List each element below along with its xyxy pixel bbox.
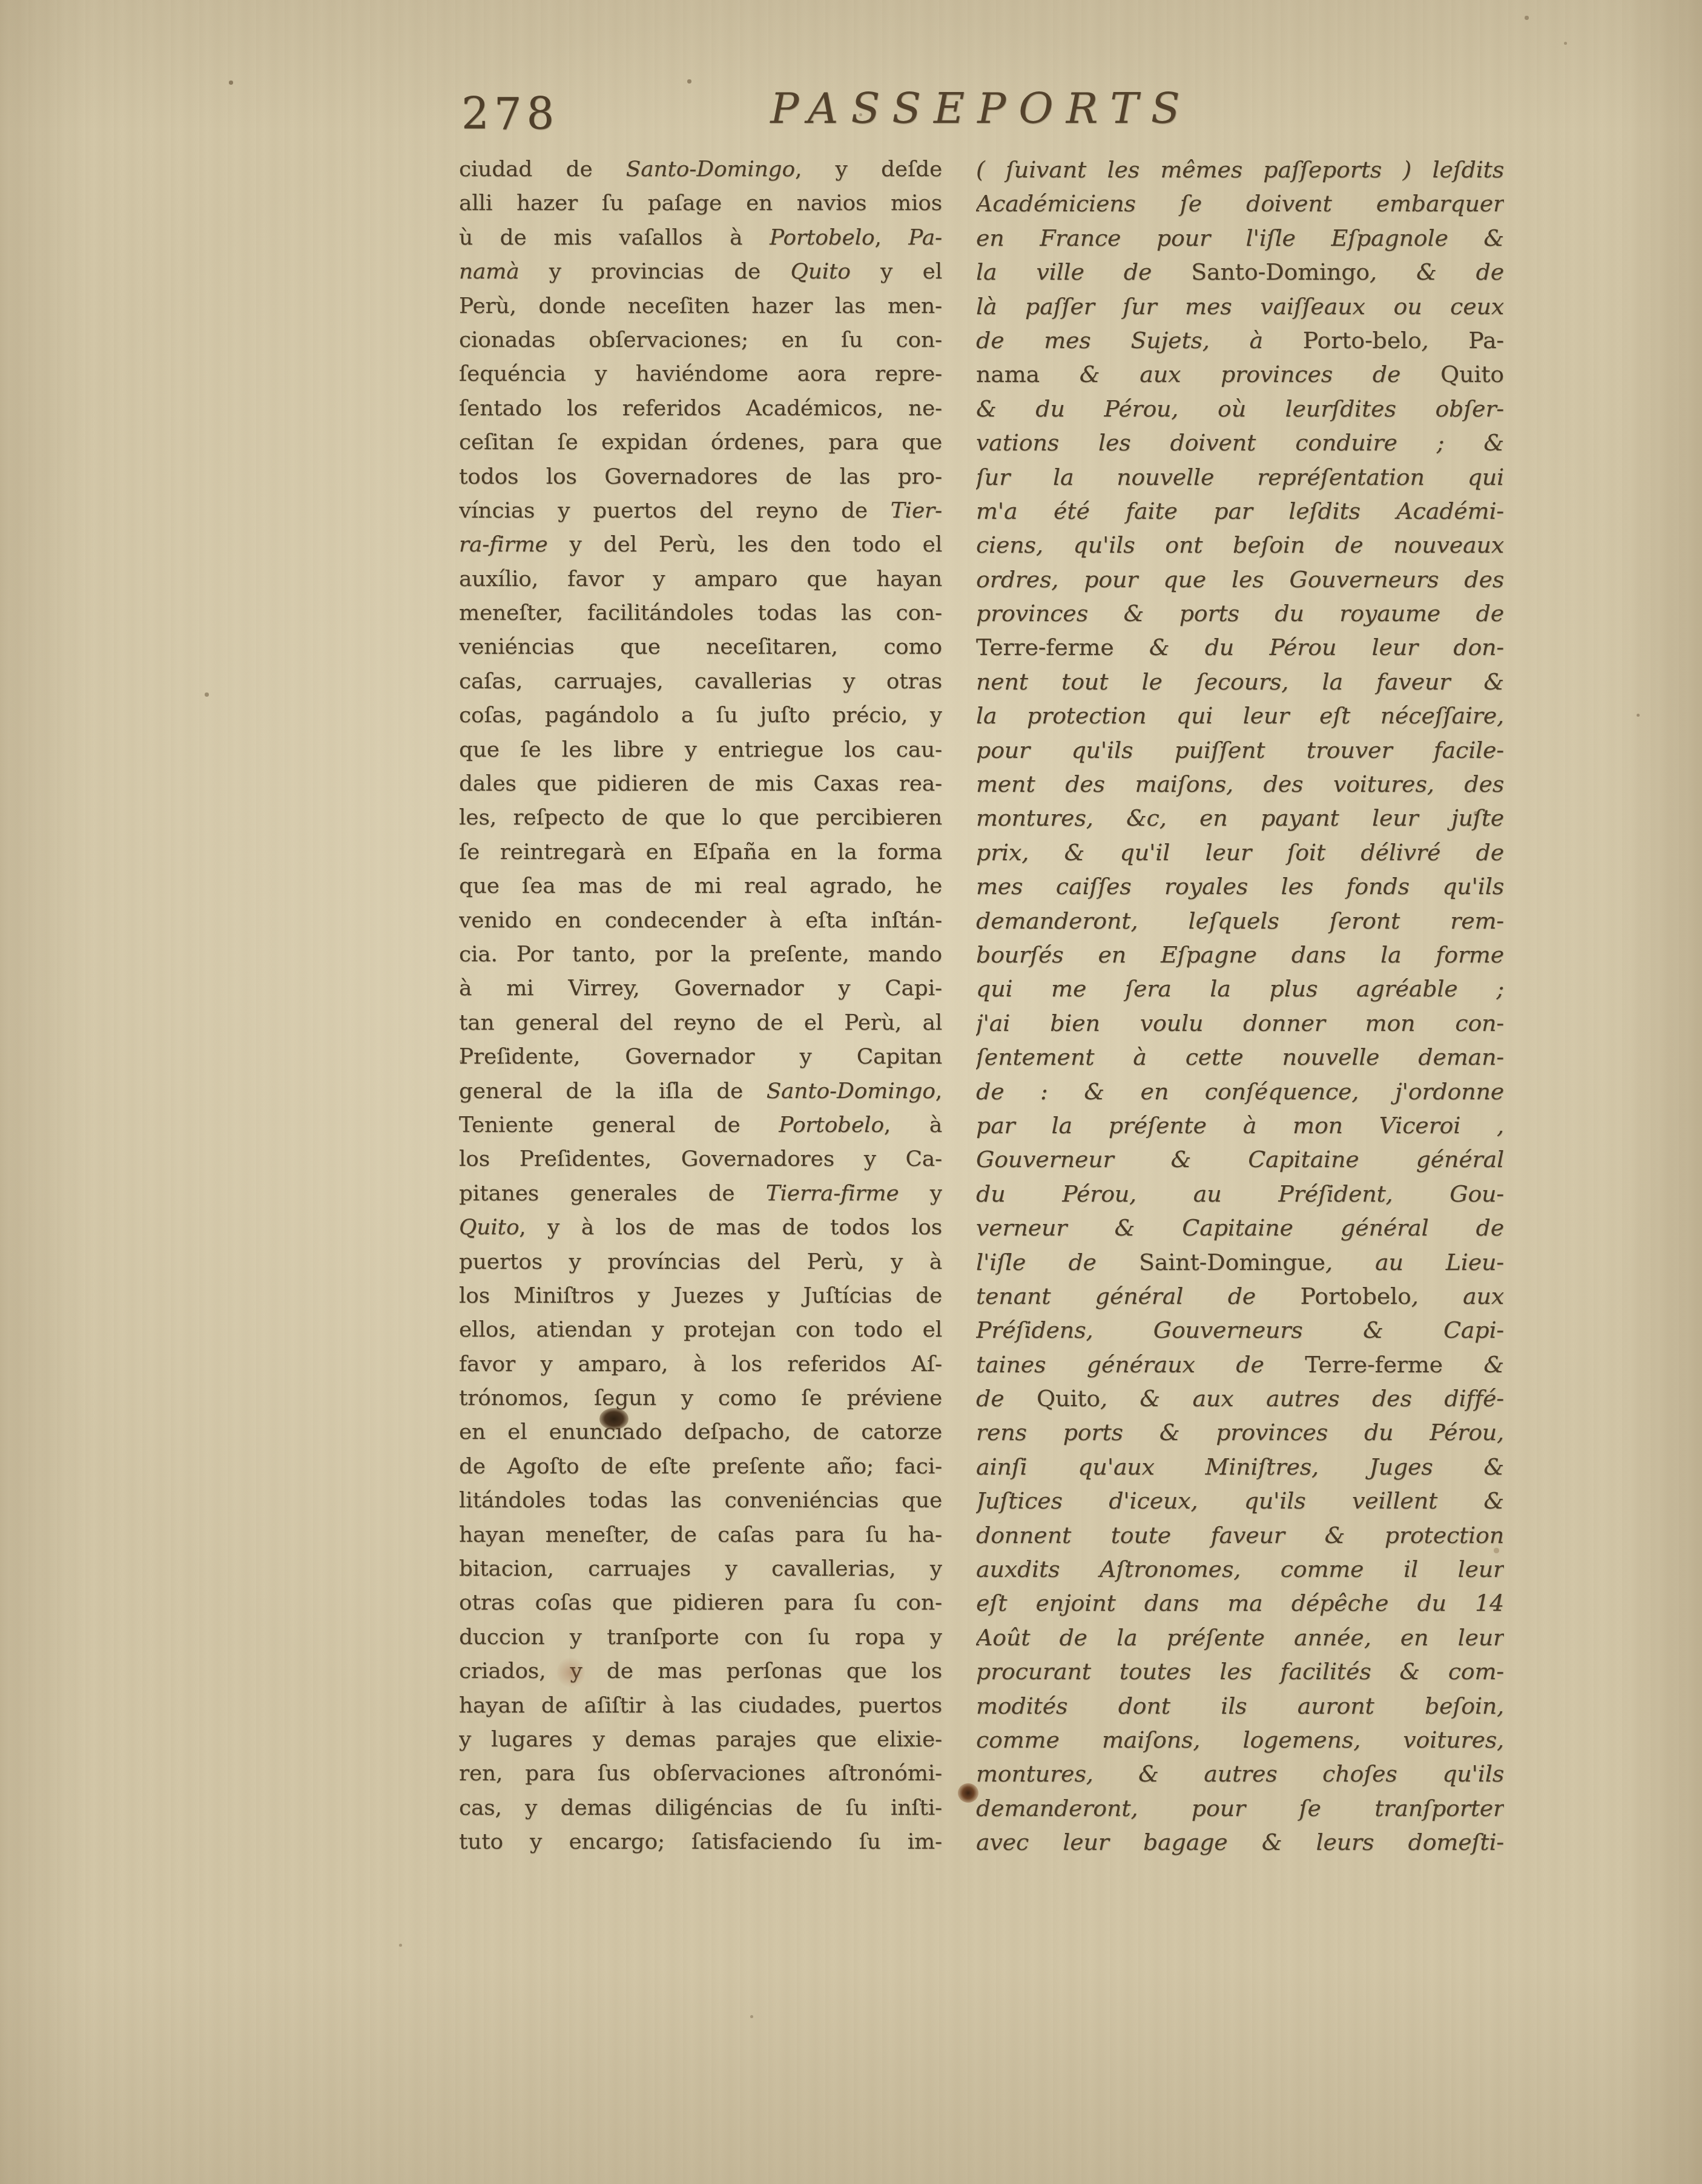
text-line: montures, & autres choſes qu'ils [976,1757,1504,1791]
text-line: de mes Sujets, à Porto-belo, Pa- [976,323,1504,357]
text-line: procurant toutes les facilités & com- [976,1654,1504,1688]
text-line: demanderont, leſquels ſeront rem- [976,904,1504,938]
page-header: 278 PASSEPORTS [459,77,1504,150]
text-line: la ville de Santo-Domingo, & de [976,255,1504,289]
text-line: los Preſidentes, Governadores y Ca- [459,1142,942,1176]
text-line: tuto y encargo; ſatisfaciendo ſu im- [459,1825,942,1859]
text-line: veniéncias que neceſitaren, como [459,630,942,664]
text-line: Juſtices d'iceux, qu'ils veillent & [976,1484,1504,1518]
text-line: criados, y de mas perſonas que los [459,1654,942,1688]
text-line: Perù, donde neceſiten hazer las men- [459,289,942,323]
text-line: víncias y puertos del reyno de Tier- [459,494,942,528]
text-line: coſas, pagándolo a ſu juſto précio, y [459,699,942,732]
text-line: Académiciens ſe doivent embarquer [976,186,1504,220]
text-line: j'ai bien voulu donner mon con- [976,1006,1504,1040]
text-line: demanderont, pour ſe tranſporter [976,1791,1504,1825]
text-line: à mi Virrey, Governador y Capi- [459,972,942,1005]
text-line: Août de la préſente année, en leur [976,1620,1504,1654]
text-line: alli hazer ſu paſage en navios mios [459,186,942,220]
text-line: dales que pidieren de mis Caxas rea- [459,767,942,801]
text-line: tan general del reyno de el Perù, al [459,1006,942,1040]
text-line: m'a été faite par leſdits Académi- [976,494,1504,528]
text-line: ſe reintregarà en Eſpaña en la forma [459,835,942,869]
text-line: de Agoſto de eſte preſente año; faci- [459,1450,942,1484]
text-line: otras coſas que pidieren para ſu con- [459,1586,942,1620]
text-line: caſas, carruajes, cavallerias y otras [459,665,942,699]
text-line: bitacion, carruajes y cavallerias, y [459,1552,942,1586]
text-line: puertos y províncias del Perù, y à [459,1245,942,1279]
text-line: Terre-ferme & du Pérou leur don- [976,630,1504,664]
text-line: de : & en conſéquence, j'ordonne [976,1074,1504,1108]
text-line: mes caiſſes royales les fonds qu'ils [976,869,1504,903]
text-line: meneſter, facilitándoles todas las con- [459,596,942,630]
text-line: ceſitan ſe expidan órdenes, para que [459,426,942,459]
text-line: hayan de aſiſtir à las ciudades, puertos [459,1689,942,1723]
text-line: Préſidens, Gouverneurs & Capi- [976,1313,1504,1347]
text-line: avec leur bagage & leurs domeſti- [976,1825,1504,1859]
text-line: Gouverneur & Capitaine général [976,1142,1504,1176]
text-line: en France pour l'iſle Eſpagnole & [976,221,1504,255]
text-line: du Pérou, au Préſident, Gou- [976,1177,1504,1211]
text-line: les, reſpecto de que lo que percibieren [459,801,942,835]
text-line: provinces & ports du royaume de [976,596,1504,630]
book-page-scan: 278 PASSEPORTS ciudad de Santo-Domingo, … [0,0,1702,2184]
text-line: auxdits Aſtronomes, comme il leur [976,1552,1504,1586]
text-line: favor y amparo, à los referidos Aſ- [459,1347,942,1381]
text-line: ù de mis vaſallos à Portobelo, Pa- [459,221,942,255]
text-line: prix, & qu'il leur ſoit délivré de [976,835,1504,869]
text-line: modités dont ils auront beſoin, [976,1689,1504,1723]
text-line: que ſea mas de mi real agrado, he [459,869,942,903]
text-line: Teniente general de Portobelo, à [459,1108,942,1142]
text-line: pour qu'ils puiſſent trouver facile- [976,733,1504,767]
text-line: verneur & Capitaine général de [976,1211,1504,1245]
text-line: pitanes generales de Tierra-firme y [459,1177,942,1211]
text-line: par la préſente à mon Viceroi , [976,1108,1504,1142]
text-line: ſequéncia y haviéndome aora repre- [459,357,942,391]
text-line: cionadas obſervaciones; en ſu con- [459,323,942,357]
text-line: & du Pérou, où leurſdites obſer- [976,392,1504,426]
text-line: en el enunciado deſpacho, de catorze [459,1415,942,1449]
text-line: rens ports & provinces du Pérou, [976,1415,1504,1449]
text-line: bourſés en Eſpagne dans la forme [976,938,1504,972]
right-column-text: ( ſuivant les mêmes paſſeports ) leſdits… [976,153,1504,1860]
text-line: general de la iſla de Santo-Domingo, [459,1074,942,1108]
text-line: ( ſuivant les mêmes paſſeports ) leſdits [976,153,1504,186]
text-line: nama & aux provinces de Quito [976,357,1504,391]
text-line: tenant général de Portobelo, aux [976,1279,1504,1313]
text-line: qui me ſera la plus agréable ; [976,972,1504,1005]
text-line: ellos, atiendan y protejan con todo el [459,1313,942,1347]
text-line: ſentement à cette nouvelle deman- [976,1040,1504,1074]
text-line: namà y provincias de Quito y el [459,255,942,289]
text-line: todos los Governadores de las pro- [459,460,942,494]
text-line: eſt enjoint dans ma dépêche du 14 [976,1586,1504,1620]
text-line: donnent toute faveur & protection [976,1518,1504,1552]
text-line: taines généraux de Terre-ferme & [976,1347,1504,1381]
text-line: ſur la nouvelle repréſentation qui [976,460,1504,494]
text-line: ren, para ſus obſervaciones aſtronómi- [459,1757,942,1791]
text-line: los Miniſtros y Juezes y Juſtícias de [459,1279,942,1313]
text-line: que ſe les libre y entriegue los cau- [459,733,942,767]
text-line: ciens, qu'ils ont beſoin de nouveaux [976,528,1504,562]
paper-specks [0,0,2,2]
text-line: litándoles todas las conveniéncias que [459,1484,942,1518]
text-line: cia. Por tanto, por la preſente, mando [459,938,942,972]
text-line: la protection qui leur eſt néceſſaire, [976,699,1504,732]
text-line: comme maiſons, logemens, voitures, [976,1723,1504,1757]
page-number: 278 [461,88,559,139]
text-line: ainſi qu'aux Miniſtres, Juges & [976,1450,1504,1484]
text-line: ſentado los referidos Académicos, ne- [459,392,942,426]
text-line: ra-firme y del Perù, les den todo el [459,528,942,562]
text-line: ciudad de Santo-Domingo, y deſde [459,153,942,186]
text-line: venido en condecender à eſta inſtán- [459,904,942,938]
text-line: de Quito, & aux autres des diffé- [976,1381,1504,1415]
running-title: PASSEPORTS [770,84,1193,133]
text-line: là paſſer ſur mes vaiſſeaux ou ceux [976,289,1504,323]
text-line: montures, &c, en payant leur juſte [976,801,1504,835]
text-line: duccion y tranſporte con ſu ropa y [459,1620,942,1654]
text-line: Quito, y à los de mas de todos los [459,1211,942,1245]
text-line: y lugares y demas parajes que elixie- [459,1723,942,1757]
text-line: ordres, pour que les Gouverneurs des [976,562,1504,596]
text-line: nent tout le ſecours, la faveur & [976,665,1504,699]
text-line: ment des maiſons, des voitures, des [976,767,1504,801]
text-line: Preſidente, Governador y Capitan [459,1040,942,1074]
text-line: cas, y demas diligéncias de ſu inſti- [459,1791,942,1825]
text-line: vations les doivent conduire ; & [976,426,1504,459]
left-column-text: ciudad de Santo-Domingo, y deſdealli haz… [459,153,942,1860]
text-line: trónomos, ſegun y como ſe préviene [459,1381,942,1415]
text-line: hayan meneſter, de caſas para ſu ha- [459,1518,942,1552]
text-line: auxílio, favor y amparo que hayan [459,562,942,596]
text-line: l'iſle de Saint-Domingue, au Lieu- [976,1245,1504,1279]
ink-blot [958,1783,978,1803]
